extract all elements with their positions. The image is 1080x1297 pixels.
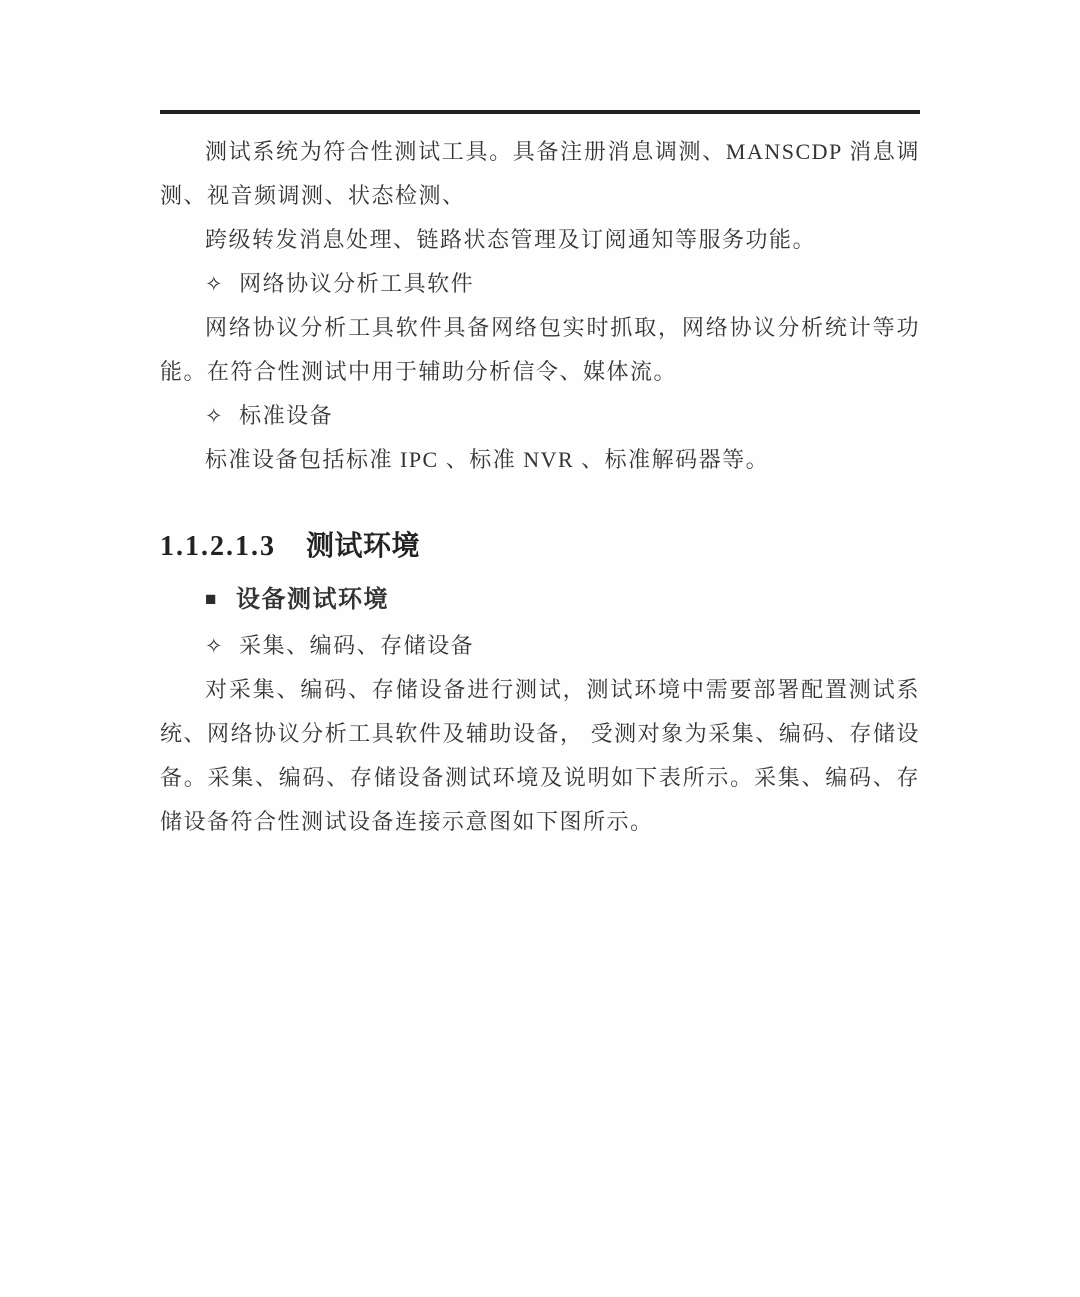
bullet-label-network-tool: 网络协议分析工具软件	[239, 271, 474, 296]
bullet-item-standard-device: ✧标准设备	[160, 394, 920, 438]
bullet-item-collect-encode-store: ✧采集、编码、存储设备	[160, 624, 920, 668]
bullet-item-network-tool: ✧网络协议分析工具软件	[160, 262, 920, 306]
bullet-label-collect-encode-store: 采集、编码、存储设备	[239, 633, 474, 658]
section-heading: 1.1.2.1.3测试环境	[160, 528, 920, 566]
paragraph-forwarding: 跨级转发消息处理、链路状态管理及订阅通知等服务功能。	[160, 218, 920, 262]
header-rule	[160, 110, 920, 114]
diamond-bullet-icon: ✧	[205, 624, 224, 668]
paragraph-network-tool: 网络协议分析工具软件具备网络包实时抓取，网络协议分析统计等功能。在符合性测试中用…	[160, 306, 920, 394]
page-content: 测试系统为符合性测试工具。具备注册消息调测、MANSCDP 消息调测、视音频调测…	[160, 130, 920, 844]
paragraph-standard-device: 标准设备包括标准 IPC 、标准 NVR 、标准解码器等。	[160, 438, 920, 482]
subheading-device-test-env: ■设备测试环境	[160, 578, 920, 624]
diamond-bullet-icon: ✧	[205, 262, 224, 306]
square-bullet-icon: ■	[205, 578, 218, 622]
section-number: 1.1.2.1.3	[160, 531, 276, 562]
diamond-bullet-icon: ✧	[205, 394, 224, 438]
document-page: 测试系统为符合性测试工具。具备注册消息调测、MANSCDP 消息调测、视音频调测…	[0, 0, 1080, 1297]
paragraph-test-environment: 对采集、编码、存储设备进行测试，测试环境中需要部署配置测试系统、网络协议分析工具…	[160, 668, 920, 844]
bullet-label-standard-device: 标准设备	[239, 403, 333, 428]
paragraph-test-system: 测试系统为符合性测试工具。具备注册消息调测、MANSCDP 消息调测、视音频调测…	[160, 130, 920, 218]
subheading-label-device-test-env: 设备测试环境	[236, 587, 389, 613]
section-title: 测试环境	[306, 531, 420, 562]
